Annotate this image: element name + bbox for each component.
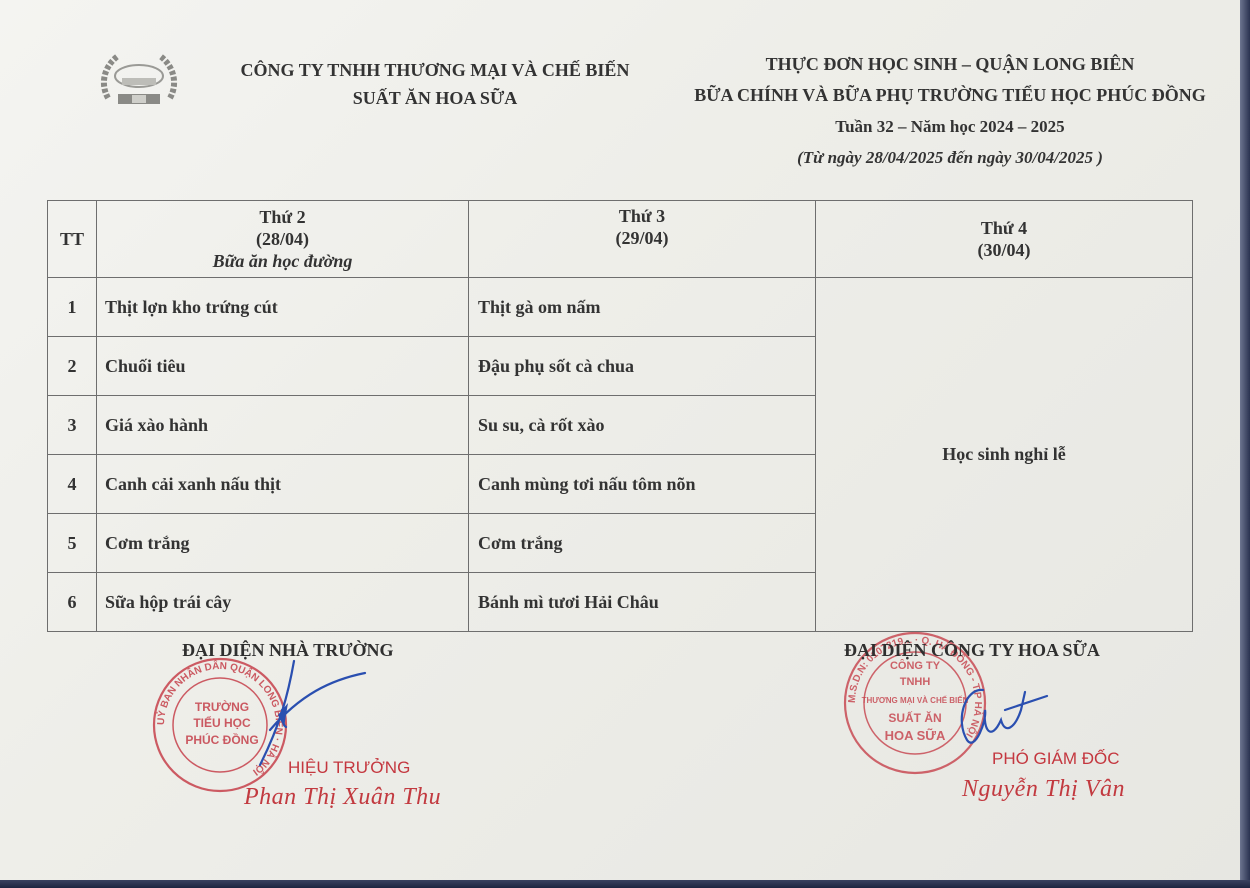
tuesday-dish: Su su, cà rốt xào	[469, 396, 816, 455]
monday-dish: Giá xào hành	[97, 396, 469, 455]
tuesday-dish: Canh mùng tơi nấu tôm nõn	[469, 455, 816, 514]
day-label: Thứ 2	[97, 206, 468, 228]
day-label: Thứ 3	[469, 205, 815, 227]
principal-role: HIỆU TRƯỞNG	[288, 758, 410, 778]
tuesday-dish: Cơm trắng	[469, 514, 816, 573]
monday-dish: Canh cải xanh nấu thịt	[97, 455, 469, 514]
stamp-line: TNHH	[900, 676, 931, 688]
stamp-line: SUẤT ĂN	[888, 710, 941, 725]
date-range: (Từ ngày 28/04/2025 đến ngày 30/04/2025 …	[670, 142, 1230, 173]
company-logo-icon	[98, 50, 180, 110]
principal-signature-icon	[240, 655, 380, 775]
day-date: (29/04)	[469, 227, 815, 249]
week-info: Tuần 32 – Năm học 2024 – 2025	[670, 111, 1230, 142]
company-line-2: SUẤT ĂN HOA SỮA	[200, 84, 670, 112]
monday-dish: Cơm trắng	[97, 514, 469, 573]
tuesday-dish: Thịt gà om nấm	[469, 278, 816, 337]
wednesday-holiday: Học sinh nghỉ lễ	[816, 278, 1193, 632]
menu-table: TT Thứ 2 (28/04) Bữa ăn học đường Thứ 3 …	[47, 200, 1193, 632]
row-number: 6	[48, 573, 97, 632]
day-label: Thứ 4	[816, 217, 1192, 239]
tuesday-dish: Bánh mì tươi Hải Châu	[469, 573, 816, 632]
table-header-row: TT Thứ 2 (28/04) Bữa ăn học đường Thứ 3 …	[48, 201, 1193, 278]
row-number: 2	[48, 337, 97, 396]
header-monday: Thứ 2 (28/04) Bữa ăn học đường	[97, 201, 469, 278]
header-wednesday: Thứ 4 (30/04)	[816, 201, 1193, 278]
menu-title: THỰC ĐƠN HỌC SINH – QUẬN LONG BIÊN BỮA C…	[670, 49, 1230, 173]
deputy-director-signature-icon	[935, 680, 1055, 760]
deputy-director-role: PHÓ GIÁM ĐỐC	[992, 749, 1120, 769]
title-line-2: BỮA CHÍNH VÀ BỮA PHỤ TRƯỜNG TIỂU HỌC PHÚ…	[670, 80, 1230, 111]
background-edge	[1240, 0, 1250, 888]
monday-dish: Sữa hộp trái cây	[97, 573, 469, 632]
monday-dish: Chuối tiêu	[97, 337, 469, 396]
row-number: 1	[48, 278, 97, 337]
row-number: 3	[48, 396, 97, 455]
row-number: 5	[48, 514, 97, 573]
company-line-1: CÔNG TY TNHH THƯƠNG MẠI VÀ CHẾ BIẾN	[200, 56, 670, 84]
header-tuesday: Thứ 3 (29/04)	[469, 201, 816, 278]
day-date: (28/04)	[97, 228, 468, 250]
background-edge	[0, 880, 1250, 888]
monday-dish: Thịt lợn kho trứng cút	[97, 278, 469, 337]
deputy-director-name: Nguyễn Thị Vân	[962, 776, 1125, 803]
header-tt: TT	[48, 201, 97, 278]
principal-name: Phan Thị Xuân Thu	[244, 784, 441, 811]
company-name: CÔNG TY TNHH THƯƠNG MẠI VÀ CHẾ BIẾN SUẤT…	[200, 56, 670, 112]
tuesday-dish: Đậu phụ sốt cà chua	[469, 337, 816, 396]
title-line-1: THỰC ĐƠN HỌC SINH – QUẬN LONG BIÊN	[670, 49, 1230, 80]
day-date: (30/04)	[816, 239, 1192, 261]
table-row: 1 Thịt lợn kho trứng cút Thịt gà om nấm …	[48, 278, 1193, 337]
row-number: 4	[48, 455, 97, 514]
day-note: Bữa ăn học đường	[97, 250, 468, 272]
company-representative-heading: ĐẠI DIỆN CÔNG TY HOA SỮA	[844, 640, 1100, 661]
